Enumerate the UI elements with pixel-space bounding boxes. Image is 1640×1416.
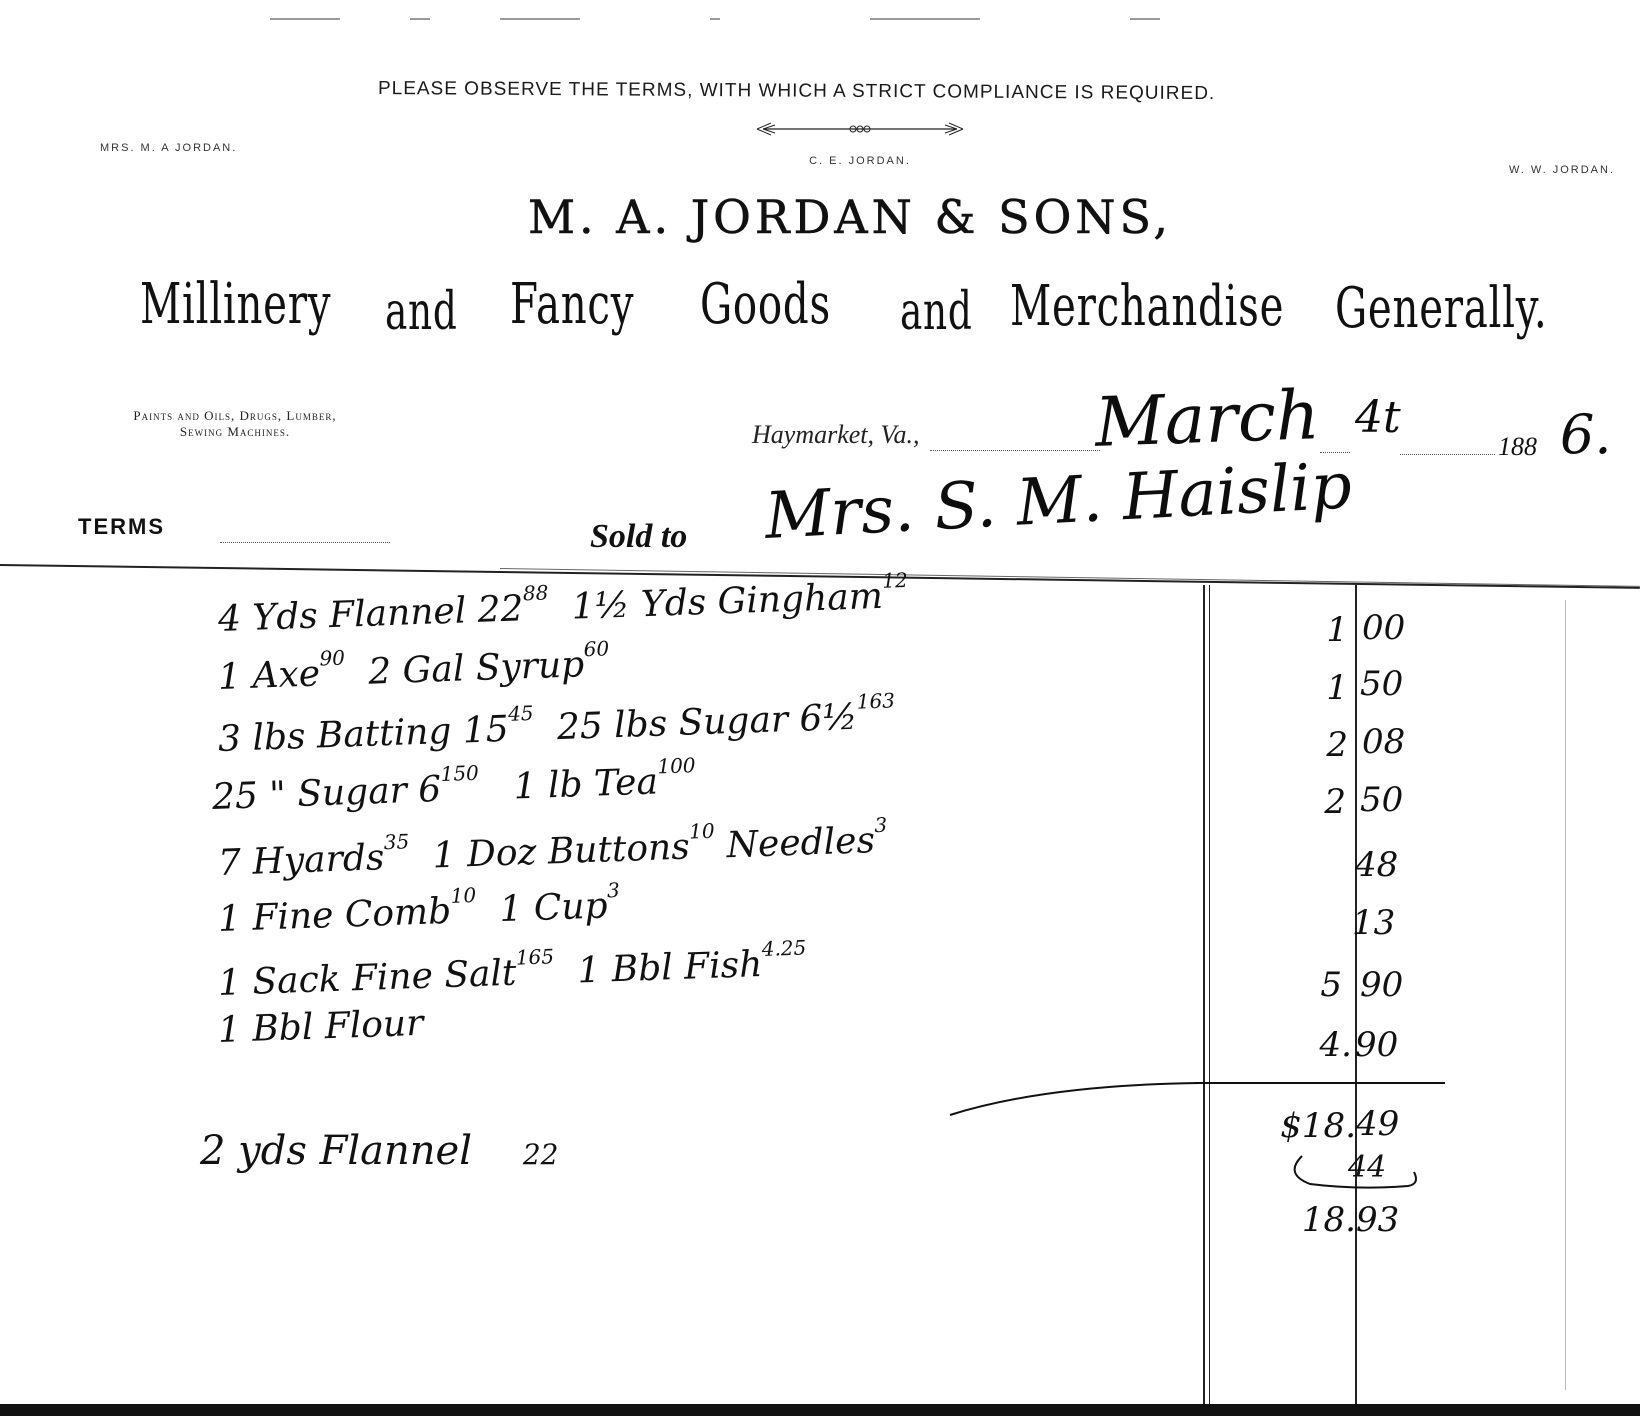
- amount-dollars-8: 4.: [1272, 1025, 1352, 1065]
- date-dotted-line-3: [1400, 454, 1495, 455]
- amount-cents-7: 90: [1360, 965, 1403, 1005]
- sidelines-text: Paints and Oils, Drugs, Lumber, Sewing M…: [80, 408, 390, 440]
- trade-word-goods: Goods: [700, 272, 831, 337]
- amount-dollars-7: 5: [1262, 965, 1342, 1005]
- cents-column-rule: [1355, 585, 1357, 1405]
- line-item-1: 4 Yds Flannel 2288 1½ Yds Gingham12: [217, 568, 909, 640]
- subtotal-cents: 49: [1356, 1104, 1399, 1144]
- customer-name: Mrs. S. M. Haislip: [763, 449, 1353, 554]
- place-label: Haymarket, Va.,: [752, 420, 920, 450]
- amount-cents-2: 50: [1360, 664, 1403, 704]
- partner-name-center: C. E. JORDAN.: [780, 155, 940, 167]
- firm-name-text: M. A. JORDAN & SONS,: [528, 190, 1172, 244]
- date-year-suffix: 6.: [1560, 403, 1612, 466]
- scan-bottom-edge: [0, 1404, 1640, 1416]
- terms-dotted-line: [220, 542, 390, 543]
- trade-word-generally: Generally.: [1335, 276, 1547, 341]
- amount-cents-8: 90: [1355, 1025, 1398, 1065]
- date-month: March: [1094, 376, 1321, 463]
- date-year-prefix: 188: [1498, 432, 1537, 462]
- total-cents: 93: [1356, 1200, 1399, 1240]
- sidelines-line-1: Paints and Oils, Drugs, Lumber,: [80, 408, 390, 424]
- amount-cents-1: 00: [1362, 608, 1405, 648]
- sold-to-label: Sold to: [590, 518, 687, 556]
- date-dotted-line-1: [930, 450, 1100, 451]
- faint-top-marks: [270, 8, 1170, 30]
- line-item-3: 3 lbs Batting 1545 25 lbs Sugar 6½163: [217, 688, 896, 760]
- flourish-stroke: [945, 1080, 1205, 1120]
- ornament-divider-icon: [755, 120, 965, 138]
- amount-dollars-2: 1: [1268, 668, 1348, 708]
- trade-word-merchandise: Merchandise: [1010, 274, 1284, 339]
- trade-line: Millinery and Fancy Goods and Merchandis…: [140, 272, 1580, 372]
- total-dollars: 18.: [1250, 1200, 1356, 1240]
- dollar-column-rule: [1203, 585, 1205, 1405]
- trade-word-fancy: Fancy: [510, 272, 634, 337]
- amount-cents-6: 13: [1352, 903, 1395, 943]
- line-item-4: 25 " Sugar 6150 1 lb Tea100: [211, 753, 697, 818]
- terms-label: TERMS: [78, 514, 165, 540]
- trade-word-and-2: and: [900, 282, 973, 342]
- amount-cents-5: 48: [1355, 845, 1398, 885]
- trade-word-millinery: Millinery: [140, 272, 331, 337]
- subtotal-rule: [1195, 1082, 1445, 1084]
- amount-cents-3: 08: [1362, 722, 1405, 762]
- extra-line-item: 2 yds Flannel 22: [200, 1128, 559, 1174]
- trade-word-and-1: and: [385, 282, 458, 342]
- amount-dollars-4: 2: [1266, 782, 1346, 822]
- terms-notice: PLEASE OBSERVE THE TERMS, WITH WHICH A S…: [378, 78, 1338, 106]
- partner-name-right: W. W. JORDAN.: [1470, 164, 1615, 176]
- line-item-6: 1 Fine Comb10 1 Cup3: [217, 878, 621, 940]
- subtotal-dollars: $18.: [1220, 1106, 1356, 1146]
- partner-name-left: MRS. M. A JORDAN.: [100, 142, 237, 154]
- addition-cents: 44: [1348, 1150, 1386, 1185]
- line-item-8: 1 Bbl Flour: [217, 1003, 424, 1051]
- right-margin-rule: [1565, 600, 1566, 1390]
- sidelines-line-2: Sewing Machines.: [80, 424, 390, 440]
- dollar-column-rule-double: [1209, 585, 1210, 1405]
- line-item-2: 1 Axe90 2 Gal Syrup60: [217, 636, 610, 698]
- date-day: 4t: [1355, 392, 1401, 443]
- line-item-5: 7 Hyards35 1 Doz Buttons10 Needles3: [217, 813, 888, 884]
- amount-cents-4: 50: [1360, 780, 1403, 820]
- firm-name: M. A. JORDAN & SONS,: [400, 190, 1300, 244]
- amount-dollars-1: 1: [1268, 610, 1348, 650]
- line-item-7: 1 Sack Fine Salt165 1 Bbl Fish4.25: [217, 935, 807, 1004]
- amount-dollars-3: 2: [1268, 725, 1348, 765]
